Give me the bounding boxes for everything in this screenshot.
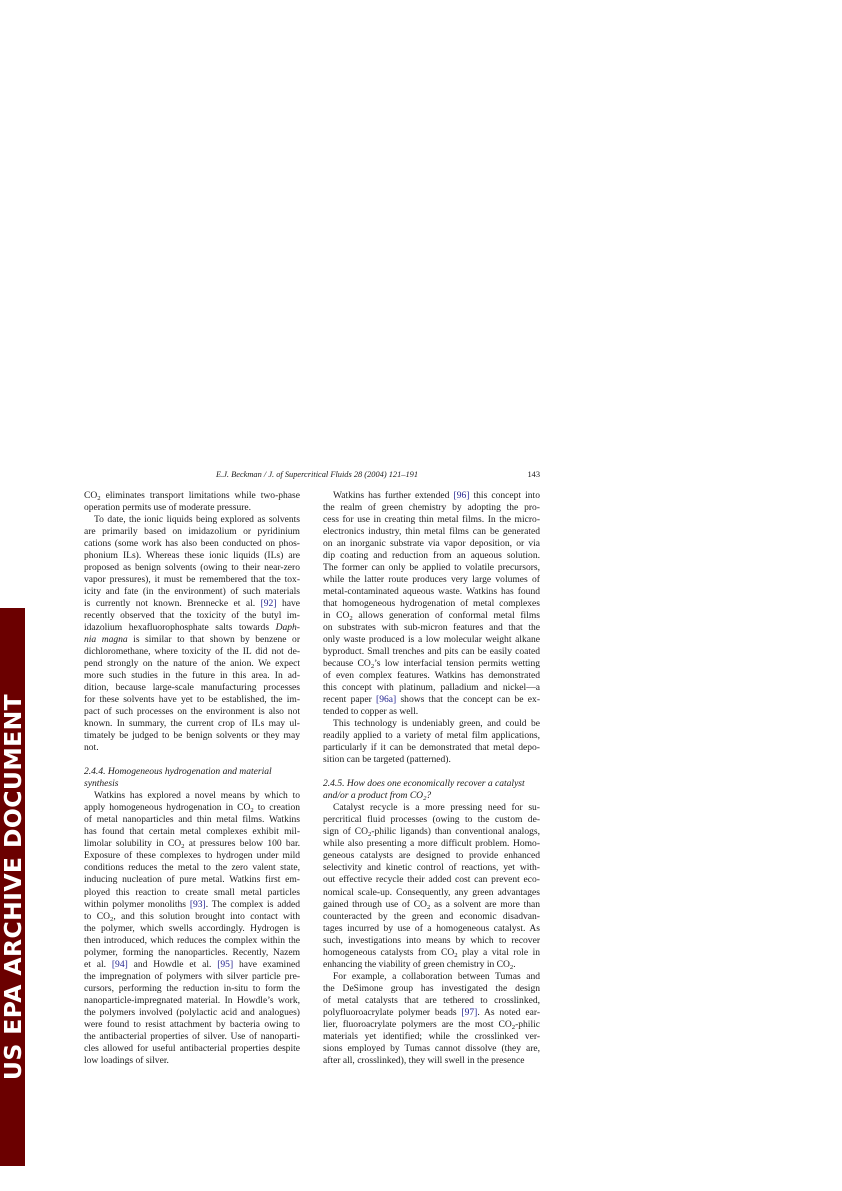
section-heading-2-4-5: 2.4.5. How does one economically recover…: [323, 778, 540, 802]
text-line: on an inorganic substrate via vapor depo…: [323, 538, 540, 550]
text-line: inducing nucleation of pure metal. Watki…: [84, 874, 300, 886]
text-line: electronics industry, thin metal films c…: [323, 526, 540, 538]
text-line: within polymer monoliths [93]. The compl…: [84, 899, 300, 911]
text-line: that homogeneous hydrogenation of metal …: [323, 598, 540, 610]
text-line: low loadings of silver.: [84, 1055, 300, 1067]
text-line: the impregnation of polymers with silver…: [84, 971, 300, 983]
reference-link[interactable]: [97]: [461, 1007, 477, 1018]
reference-link[interactable]: [96a]: [376, 694, 396, 705]
text-line: Watkins has explored a novel means by wh…: [84, 790, 300, 802]
text-line: to CO2, and this solution brought into c…: [84, 911, 300, 923]
text-line: This technology is undeniably green, and…: [323, 718, 540, 730]
text-line: then introduced, which reduces the compl…: [84, 935, 300, 947]
paragraph: Catalyst recycle is a more pressing need…: [323, 802, 540, 970]
text-line: the polymer, which swells accordingly. H…: [84, 923, 300, 935]
text-line: sign of CO2-philic ligands) than convent…: [323, 826, 540, 838]
text-line: homogeneous catalysts from CO2 play a vi…: [323, 947, 540, 959]
text-line: dip coating and reduction from an aqueou…: [323, 550, 540, 562]
text-line: timately be judged to be benign solvents…: [84, 730, 300, 742]
text-line: while also presenting a more difficult p…: [323, 838, 540, 850]
reference-link[interactable]: [92]: [261, 598, 277, 609]
paragraph: CO2 eliminates transport limitations whi…: [84, 490, 300, 514]
right-column: Watkins has further extended [96] this c…: [323, 490, 540, 1067]
text-line: the antibacterial properties of silver. …: [84, 1031, 300, 1043]
text-line: particularly if it can be demonstrated t…: [323, 742, 540, 754]
paragraph: For example, a collaboration between Tum…: [323, 971, 540, 1067]
banner-text: US EPA ARCHIVE DOCUMENT: [0, 694, 27, 1080]
text-line: recent paper [96a] shows that the concep…: [323, 694, 540, 706]
text-line: not.: [84, 742, 300, 754]
text-line: limolar solubility in CO2 at pressures b…: [84, 838, 300, 850]
text-line: conditions reduces the metal to the zero…: [84, 862, 300, 874]
page-number: 143: [527, 470, 540, 480]
text-line: is currently not known. Brennecke et al.…: [84, 598, 300, 610]
text-line: idazolium hexafluorophosphate salts towa…: [84, 622, 300, 634]
text-line: such, investigations into means by which…: [323, 935, 540, 947]
text-line: metal-contaminated aqueous waste. Watkin…: [323, 586, 540, 598]
text-line: geneous catalysts are designed to provid…: [323, 850, 540, 862]
text-line: materials yet identified; while the cros…: [323, 1031, 540, 1043]
text-line: readily applied to a variety of metal fi…: [323, 730, 540, 742]
text-line: out effective recycle their added cost c…: [323, 874, 540, 886]
left-column: CO2 eliminates transport limitations whi…: [84, 490, 300, 1067]
text-line: of even complex features. Watkins has de…: [323, 670, 540, 682]
text-line: in CO2 allows generation of conformal me…: [323, 610, 540, 622]
text-line: byproduct. Small trenches and pits can b…: [323, 646, 540, 658]
text-line: were found to resist attachment by bacte…: [84, 1019, 300, 1031]
text-line: 2.4.5. How does one economically recover…: [323, 778, 540, 790]
text-line: icity and fate (in the environment) of s…: [84, 586, 300, 598]
text-line: sions employed by Tumas cannot dissolve …: [323, 1043, 540, 1055]
text-line: vapor pressures), it must be remembered …: [84, 574, 300, 586]
text-line: Exposure of these complexes to hydrogen …: [84, 850, 300, 862]
text-line: polyfluoroacrylate polymer beads [97]. A…: [323, 1007, 540, 1019]
text-line: nia magna is similar to that shown by be…: [84, 634, 300, 646]
text-line: dichloromethane, where toxicity of the I…: [84, 646, 300, 658]
text-line: cations (some work has also been conduct…: [84, 538, 300, 550]
text-line: on substrates with sub-micron features a…: [323, 622, 540, 634]
paragraph: This technology is undeniably green, and…: [323, 718, 540, 766]
text-line: Catalyst recycle is a more pressing need…: [323, 802, 540, 814]
text-line: of metal nanoparticles and thin metal fi…: [84, 814, 300, 826]
text-line: cursors, performing the reduction in-sit…: [84, 983, 300, 995]
text-line: et al. [94] and Howdle et al. [95] have …: [84, 959, 300, 971]
text-line: apply homogeneous hydrogenation in CO2 t…: [84, 802, 300, 814]
text-line: after all, crosslinked), they will swell…: [323, 1055, 540, 1067]
text-line: recently observed that the toxicity of t…: [84, 610, 300, 622]
text-line: ployed this reaction to create small met…: [84, 887, 300, 899]
running-head: E.J. Beckman / J. of Supercritical Fluid…: [84, 470, 540, 480]
text-line: polymer, forming the nanoparticles. Rece…: [84, 947, 300, 959]
text-line: has found that certain metal complexes e…: [84, 826, 300, 838]
text-line: cles allowed for useful antibacterial pr…: [84, 1043, 300, 1055]
text-line: 2.4.4. Homogeneous hydrogenation and mat…: [84, 766, 300, 778]
text-line: sition can be targeted (patterned).: [323, 754, 540, 766]
text-line: tages incurred by use of a homogeneous c…: [323, 923, 540, 935]
text-line: synthesis: [84, 778, 300, 790]
text-line: percritical fluid processes (owing to th…: [323, 814, 540, 826]
text-line: counteracted by the green and economic d…: [323, 911, 540, 923]
text-line: operation permits use of moderate pressu…: [84, 502, 300, 514]
text-line: The former can only be applied to volati…: [323, 562, 540, 574]
text-line: the polymers involved (polylactic acid a…: [84, 1007, 300, 1019]
text-line: proposed as benign solvents (owing to th…: [84, 562, 300, 574]
text-line: selectivity and kinetic control of react…: [323, 862, 540, 874]
text-line: of metal catalysts that are tethered to …: [323, 995, 540, 1007]
paragraph: Watkins has explored a novel means by wh…: [84, 790, 300, 1066]
text-line: nomical scale-up. Consequently, any gree…: [323, 887, 540, 899]
text-line: cess for use in creating thin metal film…: [323, 514, 540, 526]
reference-link[interactable]: [93]: [190, 899, 206, 910]
text-line: only waste produced is a low molecular w…: [323, 634, 540, 646]
text-line: and/or a product from CO2?: [323, 790, 540, 802]
archive-banner: US EPA ARCHIVE DOCUMENT: [0, 608, 25, 1166]
text-line: phonium ILs). Whereas these ionic liquid…: [84, 550, 300, 562]
text-line: gained through use of CO2 as a solvent a…: [323, 899, 540, 911]
section-heading-2-4-4: 2.4.4. Homogeneous hydrogenation and mat…: [84, 766, 300, 790]
text-line: tended to copper as well.: [323, 706, 540, 718]
text-line: nanoparticle-impregnated material. In Ho…: [84, 995, 300, 1007]
paragraph: To date, the ionic liquids being explore…: [84, 514, 300, 754]
text-line: for these solvents have yet to be establ…: [84, 694, 300, 706]
text-line: the realm of green chemistry by adopting…: [323, 502, 540, 514]
text-line: known. In summary, the current crop of I…: [84, 718, 300, 730]
text-line: because CO2’s low interfacial tension pe…: [323, 658, 540, 670]
text-line: pend strongly on the nature of the anion…: [84, 658, 300, 670]
text-line: pact of such processes on the environmen…: [84, 706, 300, 718]
text-line: CO2 eliminates transport limitations whi…: [84, 490, 300, 502]
text-line: this concept with platinum, palladium an…: [323, 682, 540, 694]
journal-citation: E.J. Beckman / J. of Supercritical Fluid…: [216, 470, 418, 480]
text-line: dition, because large-scale manufacturin…: [84, 682, 300, 694]
text-line: lier, fluoroacrylate polymers are the mo…: [323, 1019, 540, 1031]
paragraph: Watkins has further extended [96] this c…: [323, 490, 540, 718]
text-line: more such studies in the future in this …: [84, 670, 300, 682]
text-line: while the latter route produces very lar…: [323, 574, 540, 586]
reference-link[interactable]: [94]: [112, 959, 128, 970]
reference-link[interactable]: [95]: [217, 959, 233, 970]
text-line: For example, a collaboration between Tum…: [323, 971, 540, 983]
text-line: To date, the ionic liquids being explore…: [84, 514, 300, 526]
text-line: Watkins has further extended [96] this c…: [323, 490, 540, 502]
text-line: the DeSimone group has investigated the …: [323, 983, 540, 995]
text-line: are primarily based on imidazolium or py…: [84, 526, 300, 538]
reference-link[interactable]: [96]: [454, 490, 470, 501]
text-line: enhancing the viability of green chemist…: [323, 959, 540, 971]
